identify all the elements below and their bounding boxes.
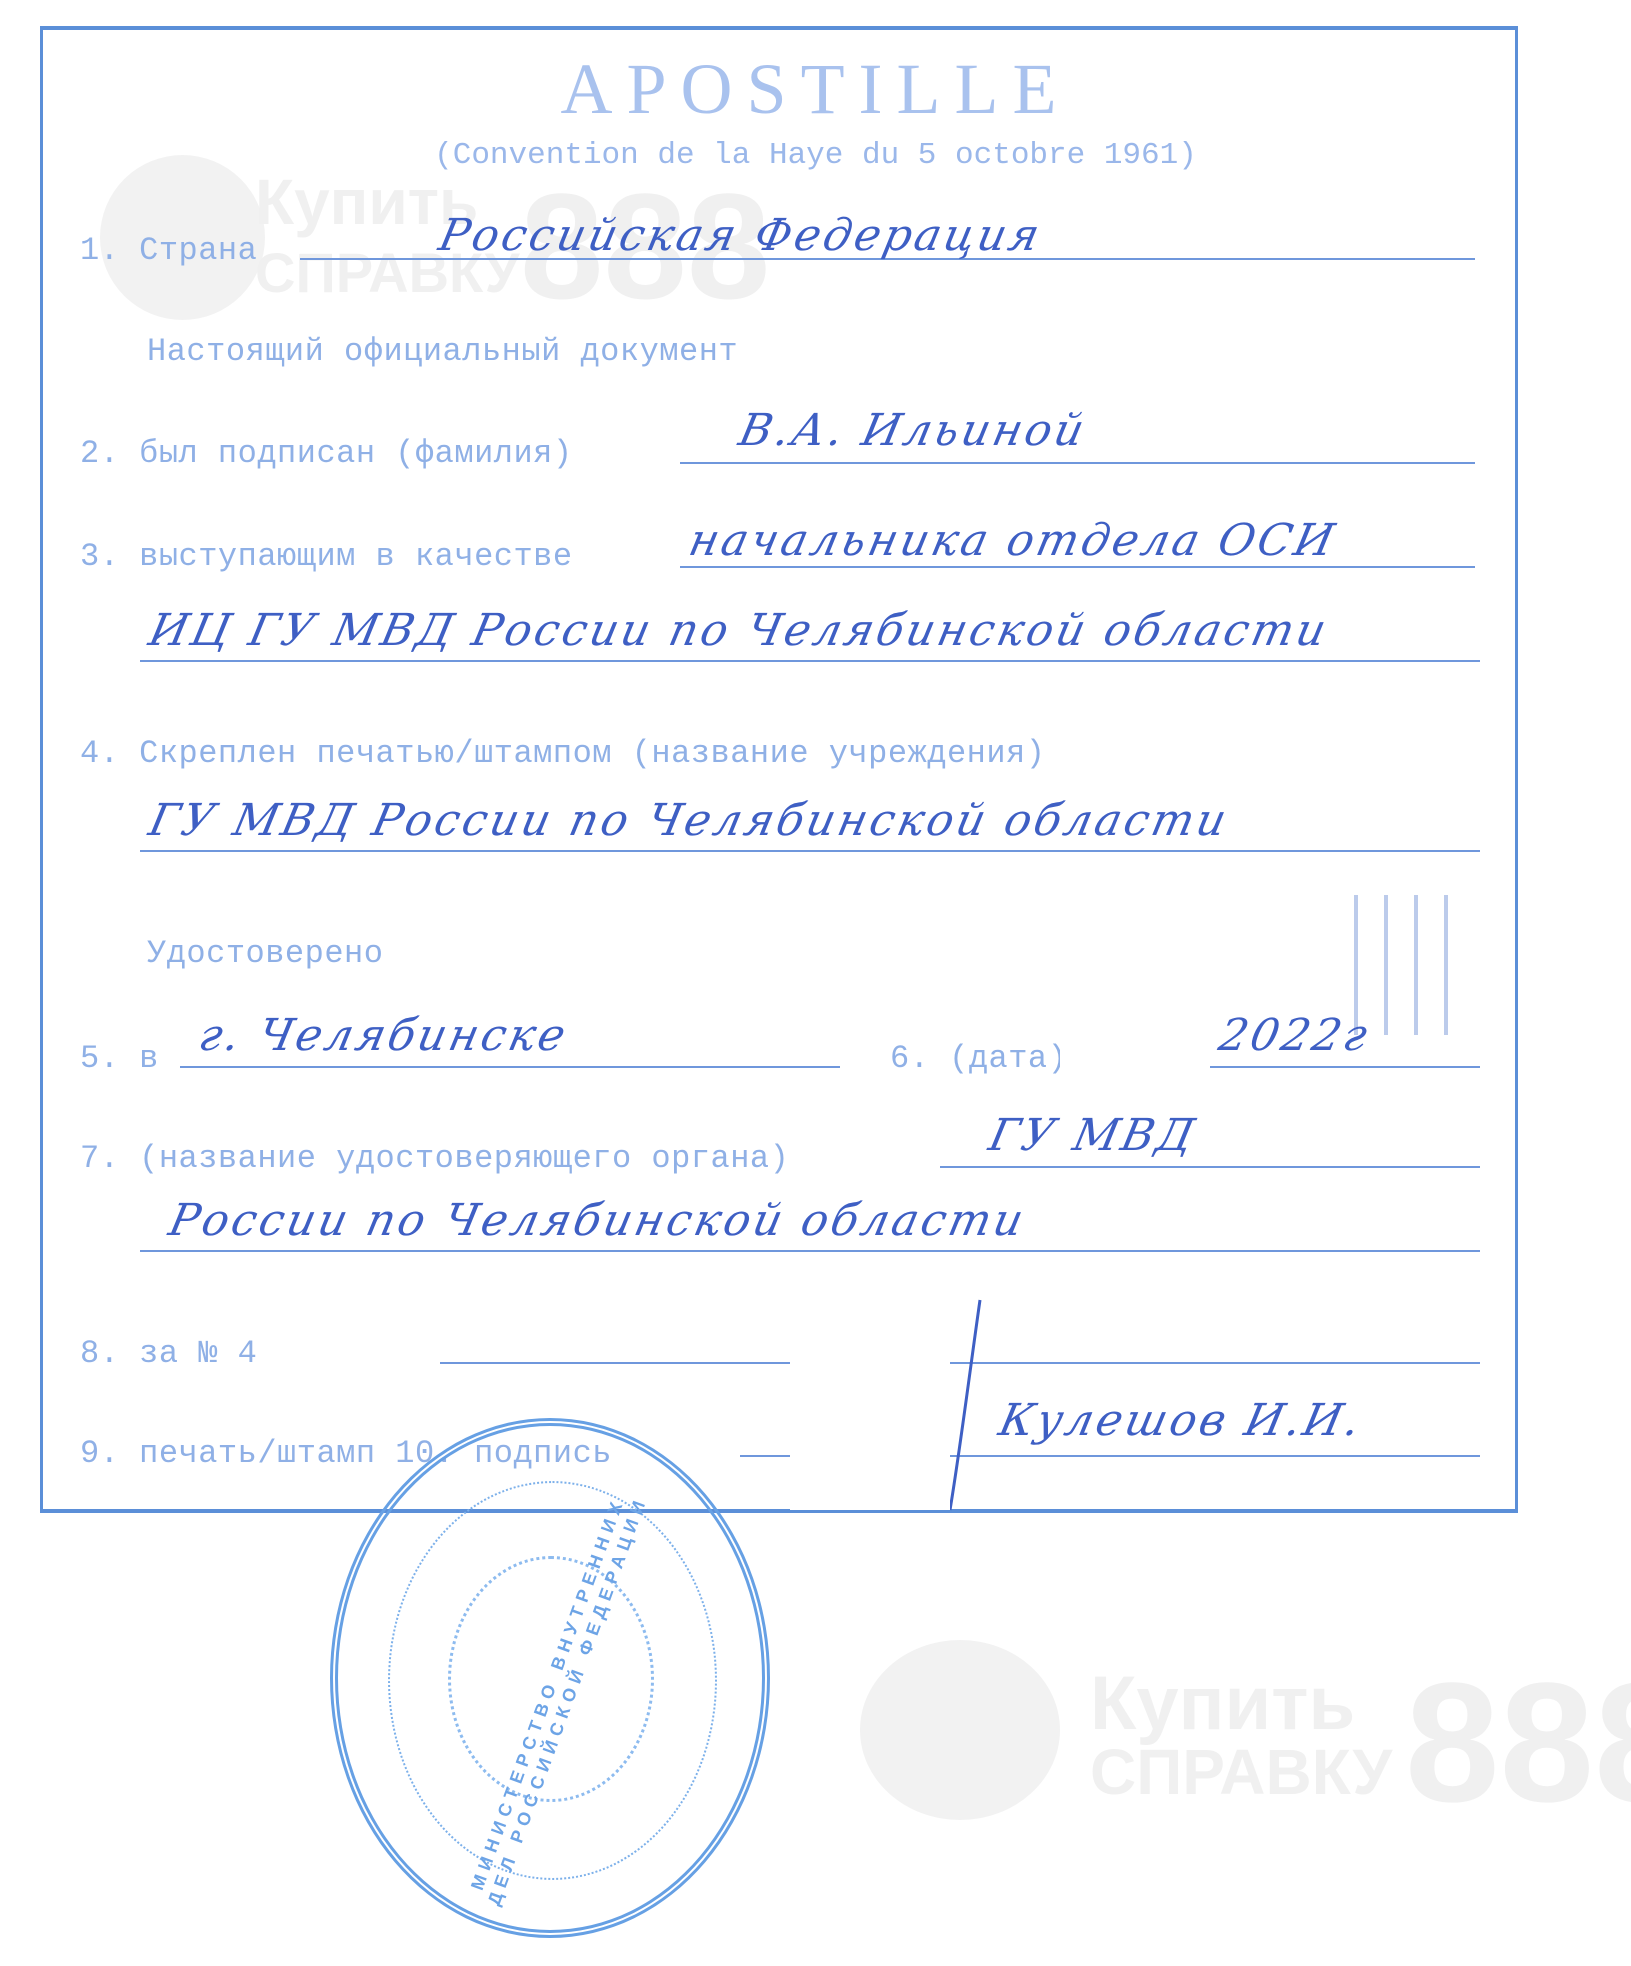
field-6-value: 2022г [1215, 1010, 1375, 1061]
field-3-value: начальника отдела ОСИ [685, 515, 1342, 566]
field-7-line [940, 1166, 1480, 1168]
field-2-value: В.А. Ильиной [735, 405, 1092, 456]
field-4-value: ГУ МВД России по Челябинской области [145, 795, 1234, 846]
certified-label: Удостоверено [147, 935, 383, 972]
field-6-label: 6. (дата): [890, 1040, 1087, 1077]
watermark-logo-icon [860, 1640, 1060, 1820]
field-1-label: 1. Страна [80, 232, 257, 269]
field-2-line [680, 462, 1475, 464]
watermark-line2: СПРАВКУ [1090, 1735, 1392, 1809]
field-6-line [1210, 1066, 1480, 1068]
field-7-line-2 [140, 1250, 1480, 1252]
signature-redaction [790, 1260, 950, 1510]
watermark-line1: Купить [1090, 1660, 1355, 1747]
field-7-value-2: России по Челябинской области [165, 1195, 1031, 1246]
field-3-value-2: ИЦ ГУ МВД России по Челябинской области [145, 605, 1334, 656]
official-document-label: Настоящий официальный документ [147, 333, 738, 370]
field-4-line [140, 850, 1480, 852]
field-2-label: 2. был подписан (фамилия) [80, 435, 573, 472]
field-3-line-2 [140, 660, 1480, 662]
official-seal: МИНИСТЕРСТВО ВНУТРЕННИХ ДЕЛ РОССИЙСКОЙ Ф… [330, 1418, 770, 1938]
field-3-label: 3. выступающим в качестве [80, 538, 573, 575]
field-4-label: 4. Скреплен печатью/штампом (название уч… [80, 735, 1045, 772]
field-8-label: 8. за № 4 [80, 1335, 257, 1372]
field-3-line [680, 566, 1475, 568]
field-5-line [180, 1066, 840, 1068]
field-7-label: 7. (название удостоверяющего органа) [80, 1140, 789, 1177]
field-5-label: 5. в [80, 1040, 159, 1077]
date-redaction [1060, 1000, 1210, 1080]
watermark-number: 888 [1405, 1645, 1631, 1841]
field-1-value: Российская Федерация [435, 210, 1047, 261]
field-7-value: ГУ МВД [985, 1110, 1202, 1161]
field-10-value: Кулешов И.И. [995, 1395, 1368, 1446]
document-title: APOSTILLE [0, 48, 1631, 131]
field-5-value: г. Челябинске [195, 1010, 573, 1061]
document-subtitle: (Convention de la Haye du 5 octobre 1961… [0, 138, 1631, 173]
